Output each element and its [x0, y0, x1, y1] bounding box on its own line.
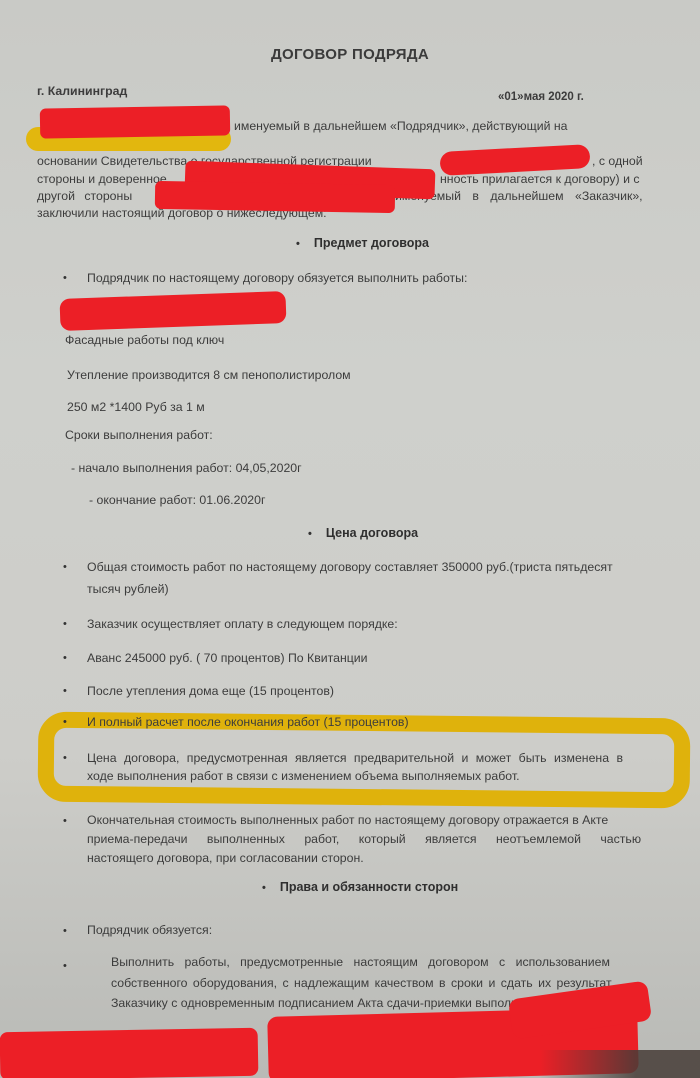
section-heading-rights: •Права и обязанности сторон	[262, 880, 458, 894]
work-start-date: - начало выполнения работ: 04,05,2020г	[71, 461, 302, 475]
intro-line-2b: , с одной	[592, 154, 643, 168]
heading-text: Предмет договора	[314, 236, 429, 250]
obligation-line-2: собственного оборудования, с надлежащим …	[111, 976, 612, 990]
payment-advance: Аванс 245000 руб. ( 70 процентов) По Кви…	[87, 651, 368, 665]
section-heading-subject: •Предмет договора	[296, 236, 429, 250]
payment-final: И полный расчет после окончания работ (1…	[87, 715, 409, 729]
price-clause-line-1: Цена договора, предусмотренная является …	[87, 751, 623, 765]
intro-line-4a: другой стороны	[37, 189, 132, 203]
final-cost-line-1: Окончательная стоимость выполненных рабо…	[87, 813, 608, 827]
contract-date: «01»мая 2020 г.	[498, 91, 584, 103]
document-title: ДОГОВОР ПОДРЯДА	[0, 46, 700, 63]
bullet-icon: •	[262, 882, 266, 894]
heading-text: Права и обязанности сторон	[280, 880, 458, 894]
bullet-icon: •	[63, 272, 67, 284]
redaction-signature-left	[0, 1028, 258, 1078]
final-cost-line-2: приема-передачи выполненных работ, котор…	[87, 832, 641, 846]
work-line: Фасадные работы под ключ	[65, 333, 224, 347]
final-cost-line-3: настоящего договора, при согласовании ст…	[87, 851, 364, 865]
price-total-words: тысяч рублей)	[87, 582, 169, 596]
heading-text: Цена договора	[326, 526, 418, 540]
city-label: г. Калининград	[37, 84, 127, 98]
price-total: Общая стоимость работ по настоящему дого…	[87, 560, 613, 574]
section-heading-price: •Цена договора	[308, 526, 418, 540]
redaction-work-address	[60, 291, 287, 331]
bullet-icon: •	[63, 925, 67, 937]
bullet-icon: •	[63, 652, 67, 664]
redaction-customer-name	[155, 181, 395, 213]
payment-second: После утепления дома еще (15 процентов)	[87, 684, 334, 698]
payment-order: Заказчик осуществляет оплату в следующем…	[87, 617, 398, 631]
work-line: Утепление производится 8 см пенополистир…	[67, 368, 351, 382]
subject-obligation: Подрядчик по настоящему договору обязует…	[87, 271, 467, 285]
bullet-icon: •	[63, 960, 67, 972]
work-line: Сроки выполнения работ:	[65, 428, 213, 442]
work-end-date: - окончание работ: 01.06.2020г	[89, 493, 265, 507]
contract-page: ДОГОВОР ПОДРЯДА г. Калининград «01»мая 2…	[0, 0, 700, 1078]
bullet-icon: •	[63, 685, 67, 697]
price-clause-line-2: ходе выполнения работ в связи с изменени…	[87, 769, 520, 783]
bullet-icon: •	[63, 618, 67, 630]
contractor-obliges: Подрядчик обязуется:	[87, 923, 212, 937]
work-line: 250 м2 *1400 Руб за 1 м	[67, 400, 205, 414]
obligation-line-1: Выполнить работы, предусмотренные настоя…	[111, 955, 610, 969]
bullet-icon: •	[63, 752, 67, 764]
bullet-icon: •	[63, 815, 67, 827]
redaction-contractor-name	[40, 105, 230, 138]
bullet-icon: •	[63, 716, 67, 728]
photo-edge-shadow	[540, 1050, 700, 1078]
bullet-icon: •	[308, 528, 312, 540]
intro-line-3a: стороны и доверенное	[37, 172, 167, 186]
bullet-icon: •	[63, 561, 67, 573]
intro-line-1: именуемый в дальнейшем «Подрядчик», дейс…	[234, 119, 567, 133]
bullet-icon: •	[296, 238, 300, 250]
